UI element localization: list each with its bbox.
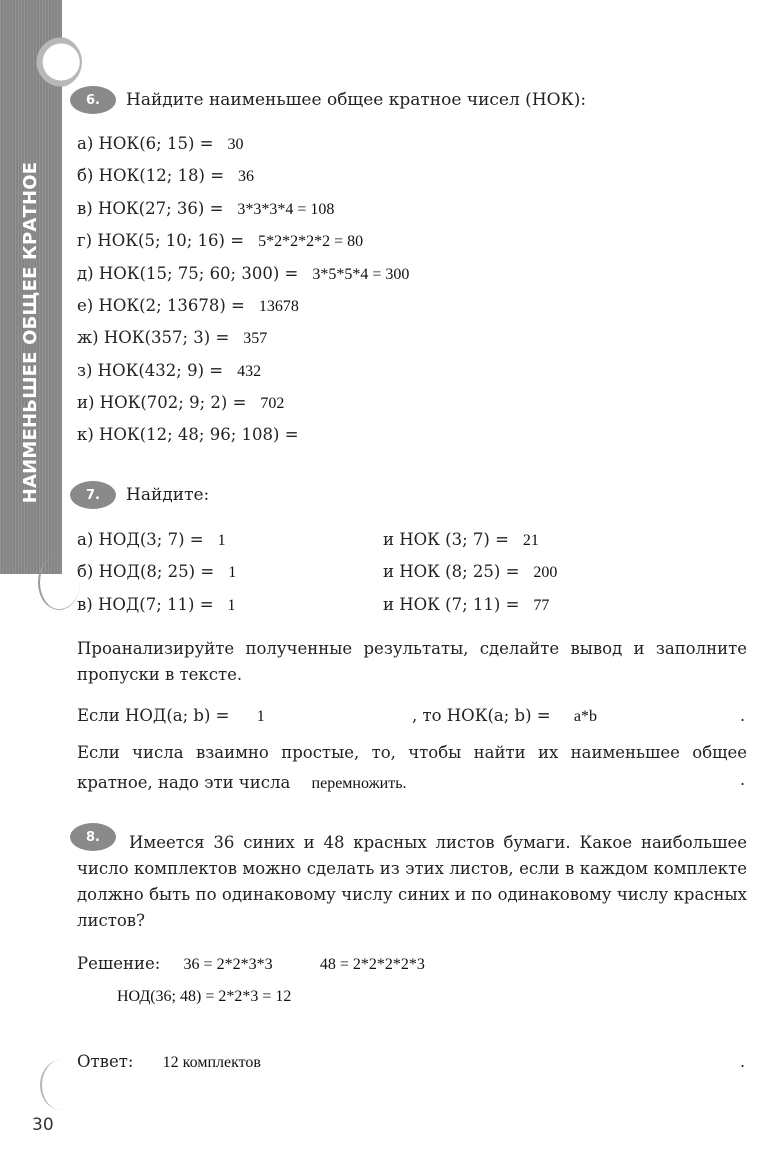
task6-item: а) НОК(6; 15) =30: [77, 134, 243, 154]
item-label: б) НОД(8; 25) =: [77, 562, 214, 581]
binder-ring-icon: [38, 555, 80, 610]
gap-answer-1[interactable]: 1: [257, 708, 265, 725]
binder-ring-icon: [40, 1060, 82, 1110]
task6-item: и) НОК(702; 9; 2) =702: [77, 393, 284, 413]
conclusion-middle: , то НОК(a; b) =: [412, 706, 551, 725]
task7-gcd-item: б) НОД(8; 25) =1: [77, 562, 236, 582]
gap-answer-2[interactable]: a*b: [574, 708, 597, 725]
solution-label: Решение:: [77, 954, 160, 973]
solution-factorization-36[interactable]: 36 = 2*2*3*3: [184, 956, 273, 973]
item-label: к) НОК(12; 48; 96; 108) =: [77, 425, 299, 444]
solution-factorization-48[interactable]: 48 = 2*2*2*2*3: [320, 956, 425, 973]
item-label: а) НОК(6; 15) =: [77, 134, 213, 153]
answer-field[interactable]: 3*3*3*4 = 108: [237, 201, 334, 218]
answer-field[interactable]: 200: [533, 564, 557, 581]
task-title: Найдите наименьшее общее кратное чисел (…: [126, 90, 586, 110]
answer-field[interactable]: 36: [238, 168, 254, 185]
item-label: в) НОК(27; 36) =: [77, 199, 223, 218]
binder-ring-icon: [30, 36, 82, 88]
item-label: в) НОД(7; 11) =: [77, 595, 214, 614]
final-answer[interactable]: 12 комплектов: [163, 1054, 261, 1071]
solution-line-2: НОД(36; 48) = 2*2*3 = 12: [117, 986, 291, 1006]
item-label: и) НОК(702; 9; 2) =: [77, 393, 246, 412]
page-number: 30: [32, 1115, 54, 1135]
line-end-dot: .: [740, 706, 745, 725]
item-label: з) НОК(432; 9) =: [77, 361, 223, 380]
chapter-title-vertical: НАИМЕНЬШЕЕ ОБЩЕЕ КРАТНОЕ: [0, 170, 62, 495]
conclusion-line-1: Если НОД(a; b) = 1: [77, 706, 265, 726]
task6-item: г) НОК(5; 10; 16) =5*2*2*2*2 = 80: [77, 231, 363, 251]
task-title: Найдите:: [126, 485, 209, 505]
conclusion-prefix: Если НОД(a; b) =: [77, 706, 230, 725]
answer-field[interactable]: 357: [243, 330, 267, 347]
gap-answer-3[interactable]: перемножить.: [312, 775, 407, 792]
task7-gcd-item: в) НОД(7; 11) =1: [77, 595, 236, 615]
task7-lcm-item: и НОК (3; 7) =21: [383, 530, 539, 550]
answer-field[interactable]: 30: [227, 136, 243, 153]
item-label: и НОК (8; 25) =: [383, 562, 519, 581]
task-number-badge: 7.: [70, 481, 116, 509]
answer-field[interactable]: 13678: [259, 298, 299, 315]
answer-field[interactable]: 3*5*5*4 = 300: [312, 266, 409, 283]
item-label: б) НОК(12; 18) =: [77, 166, 224, 185]
task6-item: к) НОК(12; 48; 96; 108) =: [77, 425, 313, 445]
item-label: е) НОК(2; 13678) =: [77, 296, 245, 315]
task7-lcm-item: и НОК (7; 11) =77: [383, 595, 549, 615]
answer-field[interactable]: 1: [228, 597, 236, 614]
solution-gcd[interactable]: НОД(36; 48) = 2*2*3 = 12: [117, 988, 291, 1005]
answer-field[interactable]: 77: [533, 597, 549, 614]
item-label: ж) НОК(357; 3) =: [77, 328, 229, 347]
task-number-badge: 6.: [70, 86, 116, 114]
chapter-title-text: НАИМЕНЬШЕЕ ОБЩЕЕ КРАТНОЕ: [21, 162, 42, 503]
task6-item: б) НОК(12; 18) =36: [77, 166, 254, 186]
task6-item: ж) НОК(357; 3) =357: [77, 328, 267, 348]
task-7-header: 7. Найдите:: [70, 481, 209, 509]
answer-field[interactable]: 1: [218, 532, 226, 549]
task8-text: Имеется 36 синих и 48 красных листов бум…: [77, 830, 747, 934]
task6-item: з) НОК(432; 9) =432: [77, 361, 261, 381]
conclusion-line-1-right: , то НОК(a; b) = a*b: [412, 706, 597, 726]
answer-field[interactable]: 432: [237, 363, 261, 380]
item-label: д) НОК(15; 75; 60; 300) =: [77, 264, 298, 283]
task7-gcd-item: а) НОД(3; 7) =1: [77, 530, 226, 550]
answer-line: Ответ: 12 комплектов: [77, 1052, 261, 1072]
item-label: и НОК (7; 11) =: [383, 595, 519, 614]
item-label: а) НОД(3; 7) =: [77, 530, 204, 549]
answer-field[interactable]: 702: [260, 395, 284, 412]
answer-field[interactable]: 21: [523, 532, 539, 549]
item-label: и НОК (3; 7) =: [383, 530, 509, 549]
answer-label: Ответ:: [77, 1052, 133, 1071]
task7-lcm-item: и НОК (8; 25) =200: [383, 562, 557, 582]
line-end-dot: .: [740, 1052, 745, 1071]
item-label: г) НОК(5; 10; 16) =: [77, 231, 244, 250]
conclusion-line-2: Если числа взаимно простые, то, чтобы на…: [77, 738, 747, 799]
conclusion-text: Если числа взаимно простые, то, чтобы на…: [77, 743, 747, 792]
line-end-dot: .: [740, 770, 745, 789]
solution-line-1: Решение: 36 = 2*2*3*3 48 = 2*2*2*2*3: [77, 954, 425, 974]
task6-item: д) НОК(15; 75; 60; 300) =3*5*5*4 = 300: [77, 264, 409, 284]
task6-item: в) НОК(27; 36) =3*3*3*4 = 108: [77, 199, 334, 219]
task-6-header: 6. Найдите наименьшее общее кратное чисе…: [70, 86, 586, 114]
task6-item: е) НОК(2; 13678) =13678: [77, 296, 299, 316]
answer-field[interactable]: 5*2*2*2*2 = 80: [258, 233, 363, 250]
task7-instruction: Проанализируйте полученные результаты, с…: [77, 636, 747, 688]
answer-field[interactable]: 1: [228, 564, 236, 581]
